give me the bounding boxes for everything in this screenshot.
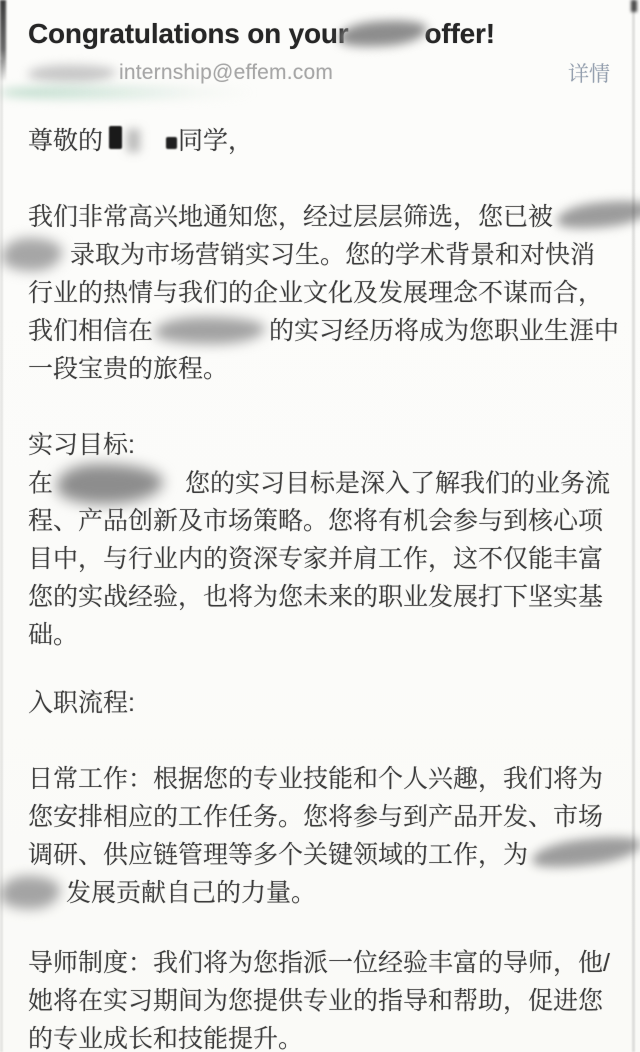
text-run: 发展贡献自己的力量。: [66, 879, 316, 907]
redaction-smudge: [556, 198, 640, 233]
text-line: 入职流程:: [28, 684, 610, 722]
body-paragraph: 导师制度：我们将为您指派一位经验丰富的导师，他/她将在实习期间为您提供专业的指导…: [28, 944, 610, 1052]
text-line: 导师制度：我们将为您指派一位经验丰富的导师，他/: [28, 944, 610, 982]
text-run: 在: [28, 470, 53, 498]
redacted-name-block: [109, 126, 122, 149]
text-run: 导师制度：我们将为您指派一位经验丰富的导师，他/: [28, 949, 610, 977]
highlighter-smear: [0, 86, 258, 99]
redacted-name-block: [166, 137, 177, 149]
photo-edge-line-left: [0, 60, 3, 1052]
text-run: 您的实习目标是深入了解我们的业务流: [185, 470, 610, 498]
sender-address[interactable]: internship@effem.com: [28, 61, 333, 85]
sender-row: internship@effem.com 详情: [28, 60, 610, 86]
text-run: 我们相信在: [28, 317, 153, 345]
text-line: 行业的热情与我们的企业文化及发展理念不谋而合，: [28, 274, 610, 312]
text-line: 她将在实习期间为您提供专业的指导和帮助，促进您: [28, 982, 610, 1020]
photo-edge-line-right: [632, 0, 635, 1052]
text-run: 程、产品创新及市场策略。您将有机会参与到核心项: [28, 507, 603, 535]
text-run: 目中，与行业内的资深专家并肩工作，这不仅能丰富: [28, 545, 603, 573]
text-run: 您安排相应的工作任务。您将参与到产品开发、市场: [28, 803, 603, 831]
text-run: 同学，: [178, 127, 253, 155]
section-heading: 入职流程:: [28, 684, 610, 722]
text-line: 我们非常高兴地通知您，经过层层筛选，您已被: [28, 198, 610, 236]
email-view: Congratulations on youroffer! internship…: [0, 0, 640, 1052]
redaction-smudge: [57, 464, 163, 504]
text-run: 尊敬的: [28, 127, 103, 155]
text-line: 您的实战经验，也将为您未来的职业发展打下坚实基: [28, 578, 610, 616]
text-line: 的专业成长和技能提升。: [28, 1020, 610, 1052]
text-run: 行业的热情与我们的企业文化及发展理念不谋而合，: [28, 279, 603, 307]
text-line: 您安排相应的工作任务。您将参与到产品开发、市场: [28, 798, 610, 836]
text-line: 尊敬的同学，: [28, 122, 610, 160]
text-line: 在您的实习目标是深入了解我们的业务流: [28, 464, 610, 502]
text-line: 一段宝贵的旅程。: [28, 350, 610, 388]
redaction-smudge: [338, 18, 428, 49]
text-run: 础。: [28, 621, 78, 649]
text-run: 实习目标:: [28, 431, 135, 459]
text-line: 发展贡献自己的力量。: [28, 874, 610, 912]
text-run: 您的实战经验，也将为您未来的职业发展打下坚实基: [28, 583, 603, 611]
details-link[interactable]: 详情: [568, 58, 610, 88]
email-body: 尊敬的同学，我们非常高兴地通知您，经过层层筛选，您已被录取为市场营销实习生。您的…: [28, 122, 610, 1052]
text-line: 程、产品创新及市场策略。您将有机会参与到核心项: [28, 502, 610, 540]
sender-email-text[interactable]: internship@effem.com: [119, 61, 333, 85]
text-line: 录取为市场营销实习生。您的学术背景和对快消: [28, 236, 610, 274]
subject-text-prefix: Congratulations on your: [28, 18, 349, 49]
text-line: 日常工作：根据您的专业技能和个人兴趣，我们将为: [28, 760, 610, 798]
body-paragraph: 我们非常高兴地通知您，经过层层筛选，您已被录取为市场营销实习生。您的学术背景和对…: [28, 198, 610, 388]
salutation-line: 尊敬的同学，: [28, 122, 610, 160]
text-line: 础。: [28, 616, 610, 654]
text-line: 实习目标:: [28, 426, 610, 464]
text-run: 入职流程:: [28, 689, 135, 717]
text-run: 一段宝贵的旅程。: [28, 355, 228, 383]
text-run: 她将在实习期间为您提供专业的指导和帮助，促进您: [28, 987, 603, 1015]
redaction-smudge: [0, 876, 60, 909]
text-run: 我们非常高兴地通知您，经过层层筛选，您已被: [28, 203, 553, 231]
redaction-gap: [122, 147, 166, 149]
redaction-smudge: [155, 317, 265, 344]
text-run: 录取为市场营销实习生。您的学术背景和对快消: [70, 241, 595, 269]
subject-text-suffix: offer!: [425, 18, 495, 49]
body-paragraph: 在您的实习目标是深入了解我们的业务流程、产品创新及市场策略。您将有机会参与到核心…: [28, 464, 610, 654]
text-run: 日常工作：根据您的专业技能和个人兴趣，我们将为: [28, 765, 603, 793]
section-heading: 实习目标:: [28, 426, 610, 464]
text-run: 的实习经历将成为您职业生涯中: [269, 317, 619, 345]
photo-edge-artifact-right: [631, 0, 637, 12]
email-subject: Congratulations on youroffer!: [28, 14, 610, 54]
text-line: 目中，与行业内的资深专家并肩工作，这不仅能丰富: [28, 540, 610, 578]
text-line: 我们相信在的实习经历将成为您职业生涯中: [28, 312, 610, 350]
redaction-smudge: [28, 65, 116, 82]
text-run: 调研、供应链管理等多个关键领域的工作，为: [28, 841, 528, 869]
body-paragraph: 日常工作：根据您的专业技能和个人兴趣，我们将为您安排相应的工作任务。您将参与到产…: [28, 760, 610, 912]
redaction-smudge: [2, 238, 62, 271]
text-line: 调研、供应链管理等多个关键领域的工作，为: [28, 836, 610, 874]
redaction-smudge: [531, 833, 640, 872]
text-run: 的专业成长和技能提升。: [28, 1025, 303, 1052]
